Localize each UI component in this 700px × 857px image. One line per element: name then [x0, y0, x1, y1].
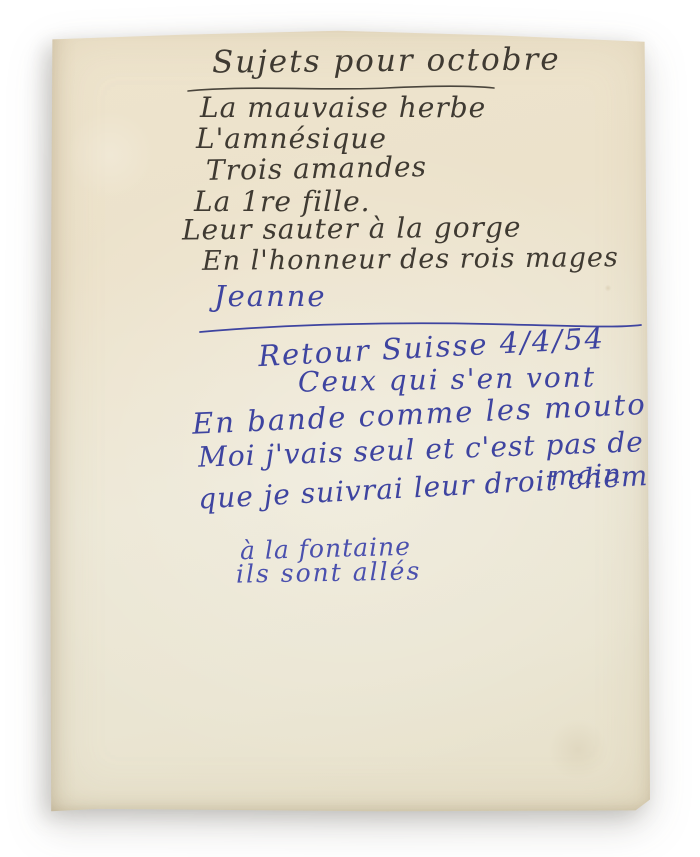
- manuscript-paper: Sujets pour octobre La mauvaise herbe L'…: [50, 30, 650, 812]
- handwritten-line-black: L'amnésique: [196, 125, 387, 153]
- manuscript-photo: Sujets pour octobre La mauvaise herbe L'…: [0, 0, 700, 857]
- manuscript-title: Sujets pour octobre: [212, 44, 561, 78]
- handwritten-line-black: Leur sauter à la gorge: [182, 214, 522, 245]
- signature-jeanne: Jeanne: [214, 282, 327, 311]
- handwritten-line-black: La mauvaise herbe: [200, 94, 486, 122]
- handwritten-line-black: En l'honneur des rois mages: [202, 244, 619, 275]
- handwritten-line-black: Trois amandes: [206, 153, 427, 185]
- handwritten-line-blue: ils sont allés: [236, 558, 422, 586]
